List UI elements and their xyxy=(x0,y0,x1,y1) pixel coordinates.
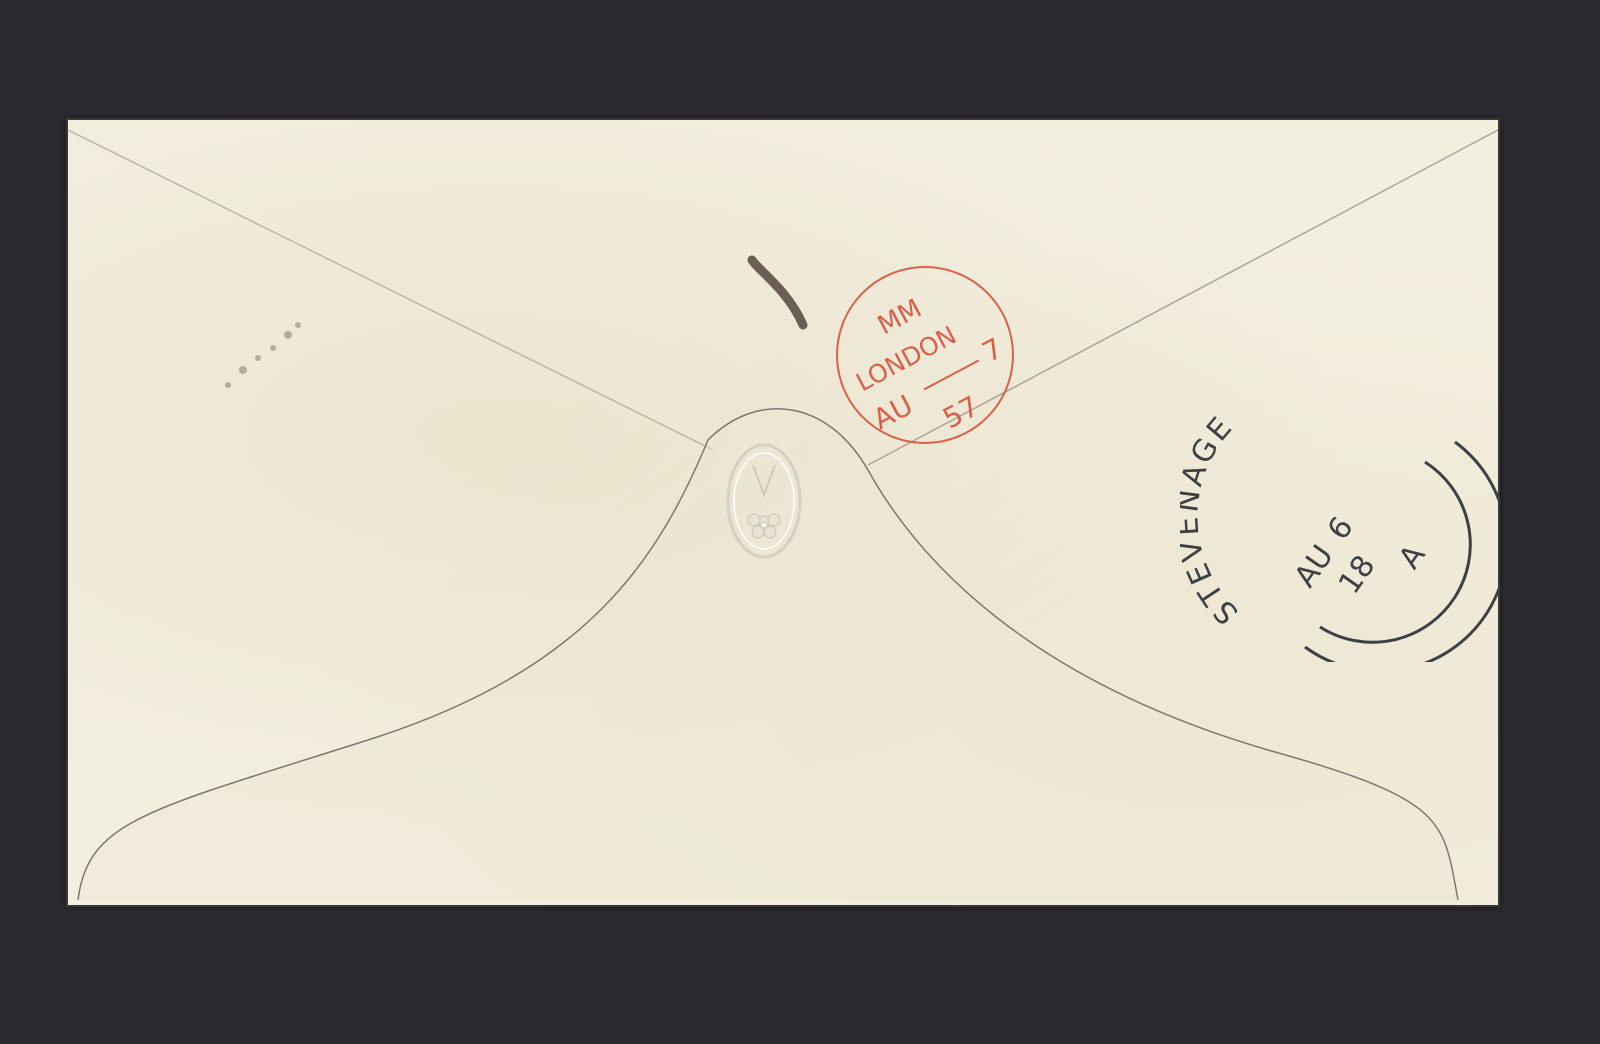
svg-text:A: A xyxy=(1392,538,1433,575)
svg-text:MM: MM xyxy=(873,294,927,342)
stevenage-postmark: STEVENAGE AU 6 18 A xyxy=(1180,382,1500,662)
svg-text:7: 7 xyxy=(977,331,1008,369)
svg-text:18: 18 xyxy=(1332,549,1383,600)
svg-text:6: 6 xyxy=(1321,511,1361,547)
envelope-back: MM LONDON AU 7 57 STEVENAGE AU 6 18 A xyxy=(68,120,1498,905)
svg-text:STEVENAGE: STEVENAGE xyxy=(1180,409,1245,631)
svg-text:AU: AU xyxy=(1288,539,1341,594)
svg-text:AU: AU xyxy=(868,388,919,436)
svg-text:LONDON: LONDON xyxy=(851,320,961,397)
embossed-seal xyxy=(723,440,805,562)
svg-text:57: 57 xyxy=(937,389,984,435)
london-postmark: MM LONDON AU 7 57 xyxy=(830,260,1020,450)
flower-icon xyxy=(748,514,780,538)
